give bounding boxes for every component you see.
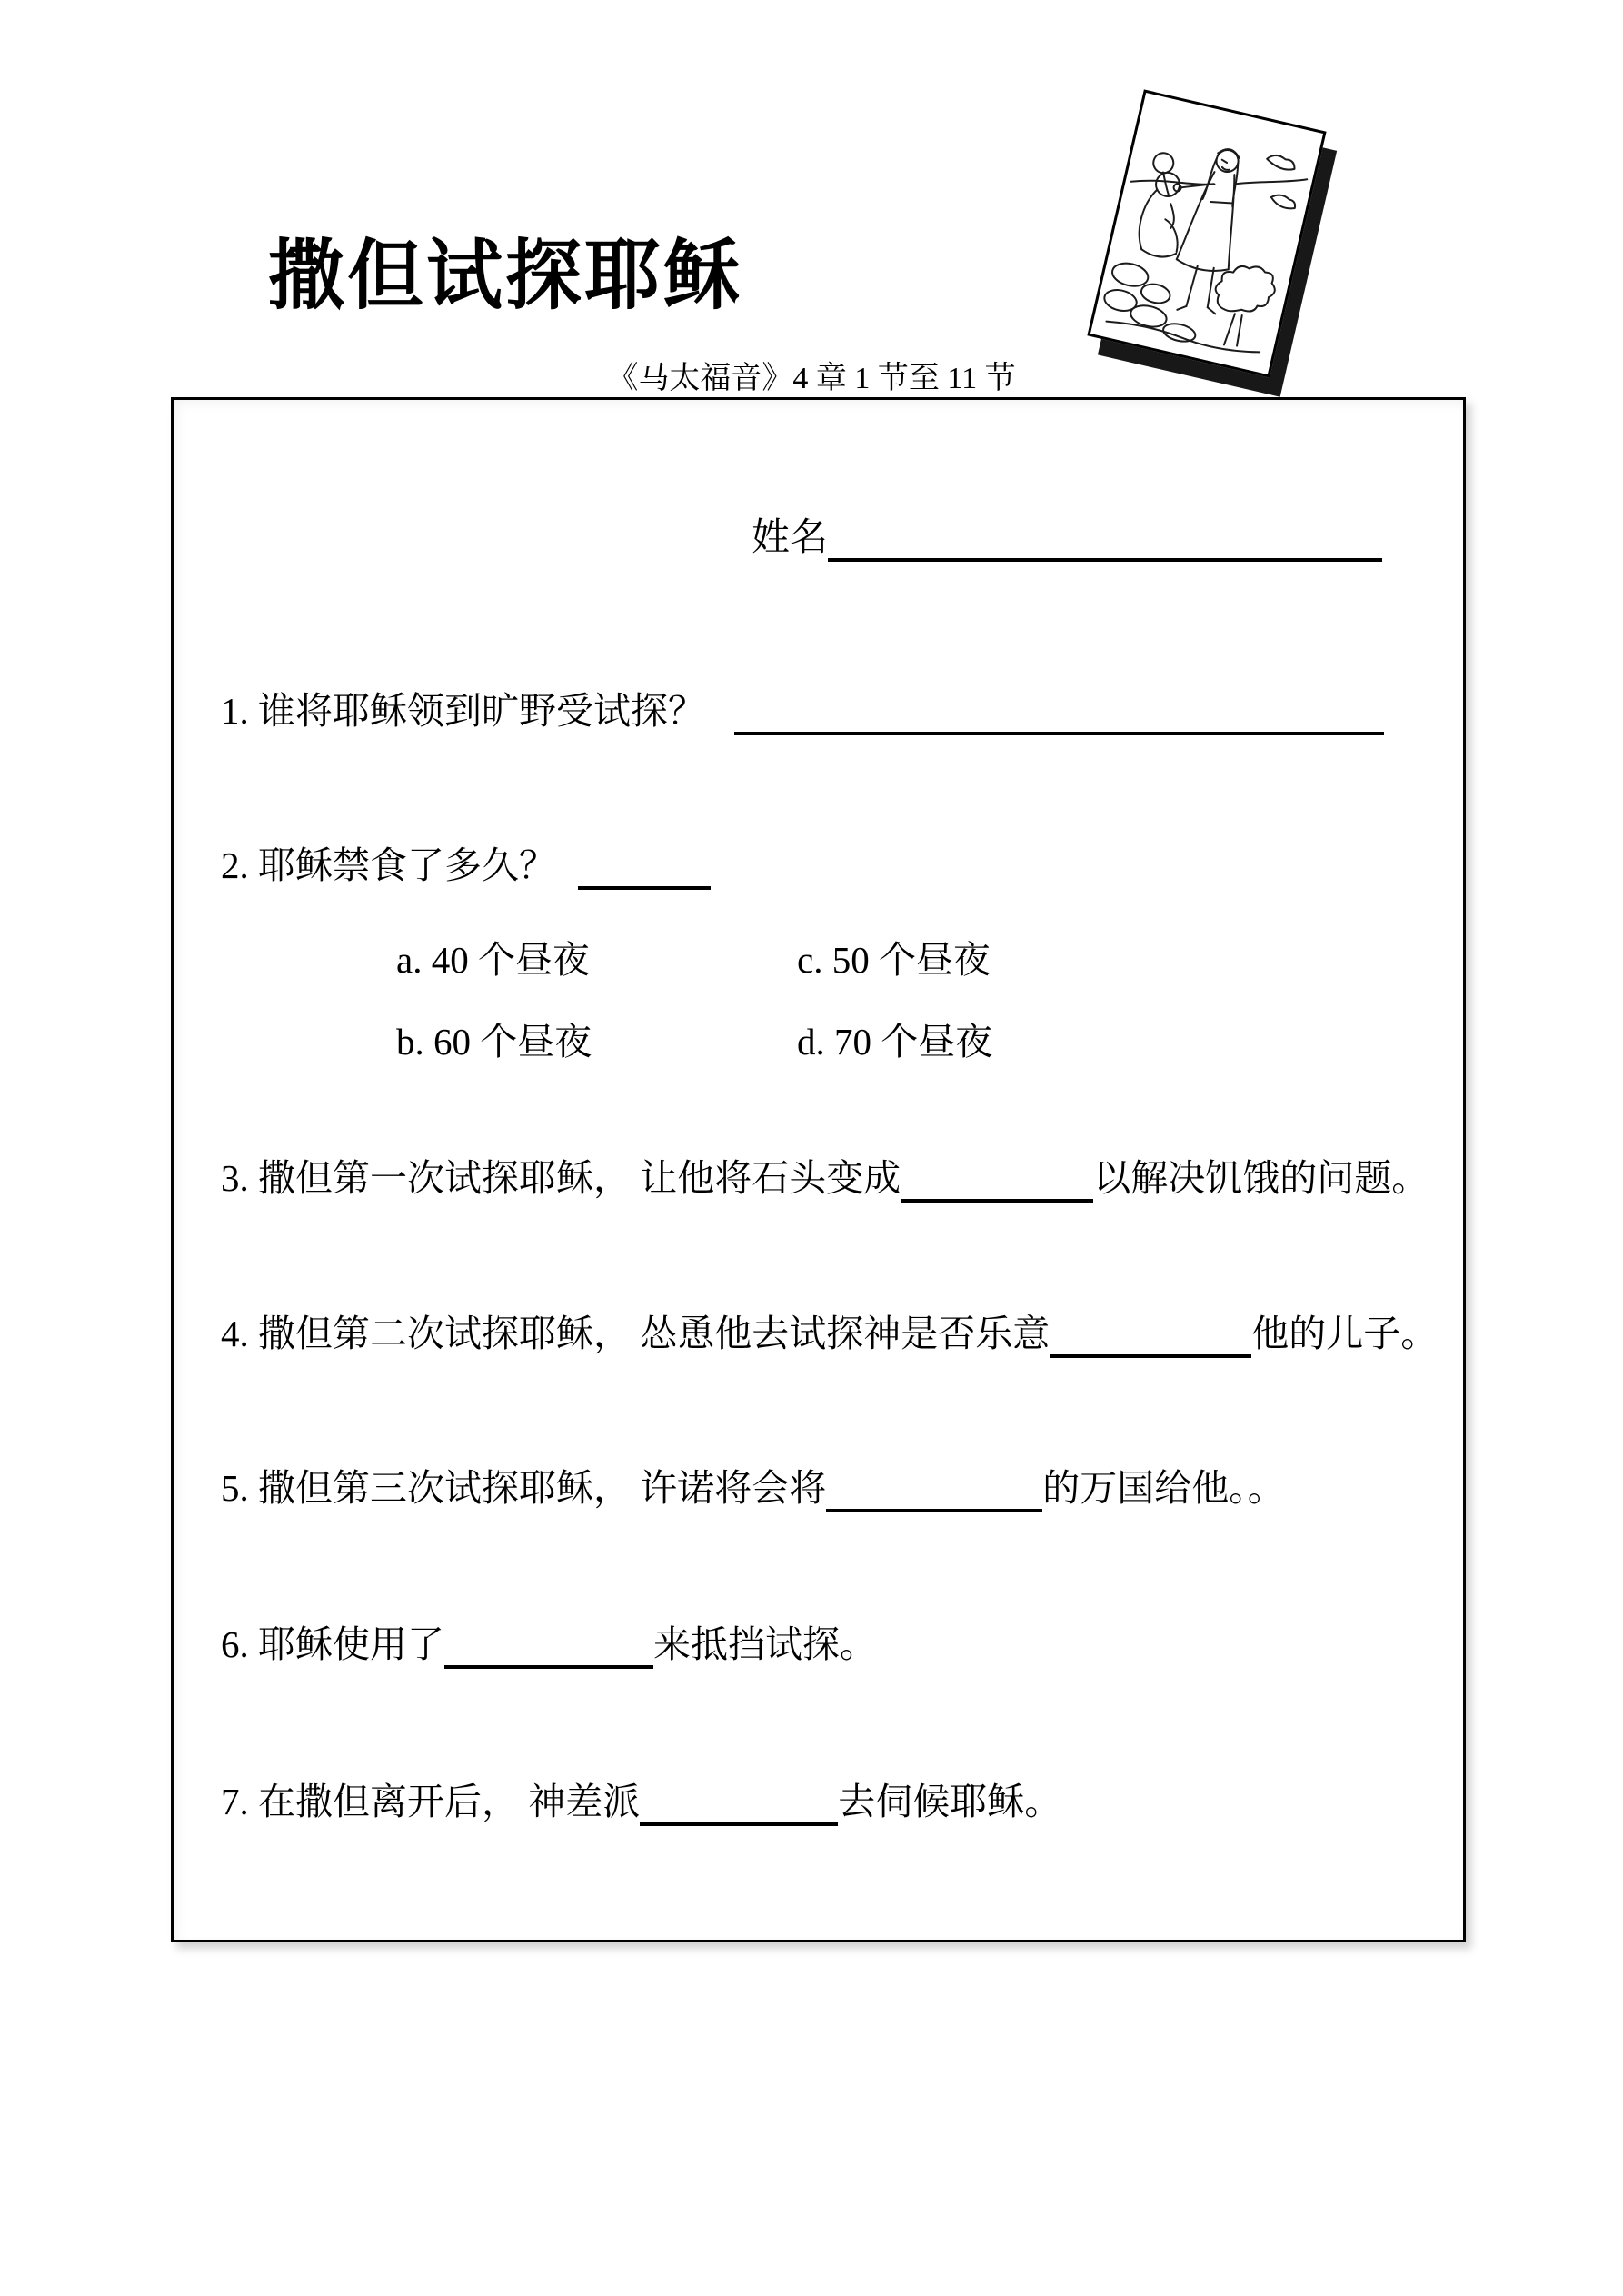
question-7: 7. 在撒但离开后， 神差派去伺候耶稣。 [221, 1780, 1061, 1826]
question-7-text-after: 去伺候耶稣。 [838, 1781, 1061, 1822]
question-4-answer-blank [1050, 1347, 1251, 1358]
question-2-text: 2. 耶稣禁食了多久？ [221, 844, 556, 886]
question-1-text: 1. 谁将耶稣领到旷野受试探？ [221, 690, 705, 732]
question-6-answer-blank [444, 1658, 653, 1669]
scripture-reference: 《马太福音》4 章 1 节至 11 节 [0, 353, 1623, 397]
question-3-text-after: 以解决饥饿的问题。 [1093, 1157, 1429, 1199]
question-6-text-after: 来抵挡试探。 [653, 1623, 877, 1665]
name-blank-line [828, 551, 1382, 562]
question-5-text-after: 的万国给他。。 [1042, 1467, 1285, 1509]
illustration-card [1087, 89, 1326, 377]
question-6-text-before: 6. 耶稣使用了 [221, 1623, 444, 1665]
page-title: 撒但试探耶稣 [268, 215, 742, 324]
question-2: 2. 耶稣禁食了多久？ [221, 844, 711, 890]
question-2-options-row-2: b. 60 个昼夜 d. 70 个昼夜 [174, 1020, 1463, 1074]
worksheet-border-box: 姓名 1. 谁将耶稣领到旷野受试探？ 2. 耶稣禁食了多久？ a. 40 个昼夜… [171, 397, 1466, 1942]
option-c: c. 50 个昼夜 [797, 938, 991, 982]
question-7-answer-blank [640, 1815, 838, 1826]
question-4: 4. 撒但第二次试探耶稣， 怂恿他去试探神是否乐意他的儿子。 [221, 1312, 1438, 1358]
question-4-text-before: 4. 撒但第二次试探耶稣， 怂恿他去试探神是否乐意 [221, 1313, 1050, 1354]
option-a: a. 40 个昼夜 [396, 938, 590, 982]
option-b: b. 60 个昼夜 [396, 1020, 592, 1063]
question-6: 6. 耶稣使用了来抵挡试探。 [221, 1622, 877, 1669]
question-7-text-before: 7. 在撒但离开后， 神差派 [221, 1781, 640, 1822]
question-3-answer-blank [901, 1192, 1093, 1203]
name-label: 姓名 [752, 517, 828, 559]
question-1: 1. 谁将耶稣领到旷野受试探？ [221, 689, 1384, 735]
worksheet-page: 撒但试探耶稣 《马太福音》4 章 1 节至 11 节 姓名 1. 谁将耶稣领到旷… [0, 0, 1623, 2296]
question-1-answer-blank [734, 724, 1384, 735]
satan-tempts-jesus-illustration-icon [1090, 93, 1323, 374]
question-5-answer-blank [826, 1502, 1042, 1512]
option-d: d. 70 个昼夜 [797, 1020, 992, 1063]
name-row: 姓名 [752, 516, 1382, 562]
question-2-answer-blank [578, 879, 711, 890]
question-5: 5. 撒但第三次试探耶稣， 许诺将会将的万国给他。。 [221, 1466, 1285, 1512]
question-4-text-after: 他的儿子。 [1251, 1313, 1438, 1354]
question-5-text-before: 5. 撒但第三次试探耶稣， 许诺将会将 [221, 1467, 826, 1509]
question-2-options-row-1: a. 40 个昼夜 c. 50 个昼夜 [174, 938, 1463, 993]
question-3: 3. 撒但第一次试探耶稣， 让他将石头变成以解决饥饿的问题。 [221, 1156, 1429, 1203]
question-3-text-before: 3. 撒但第一次试探耶稣， 让他将石头变成 [221, 1157, 901, 1199]
